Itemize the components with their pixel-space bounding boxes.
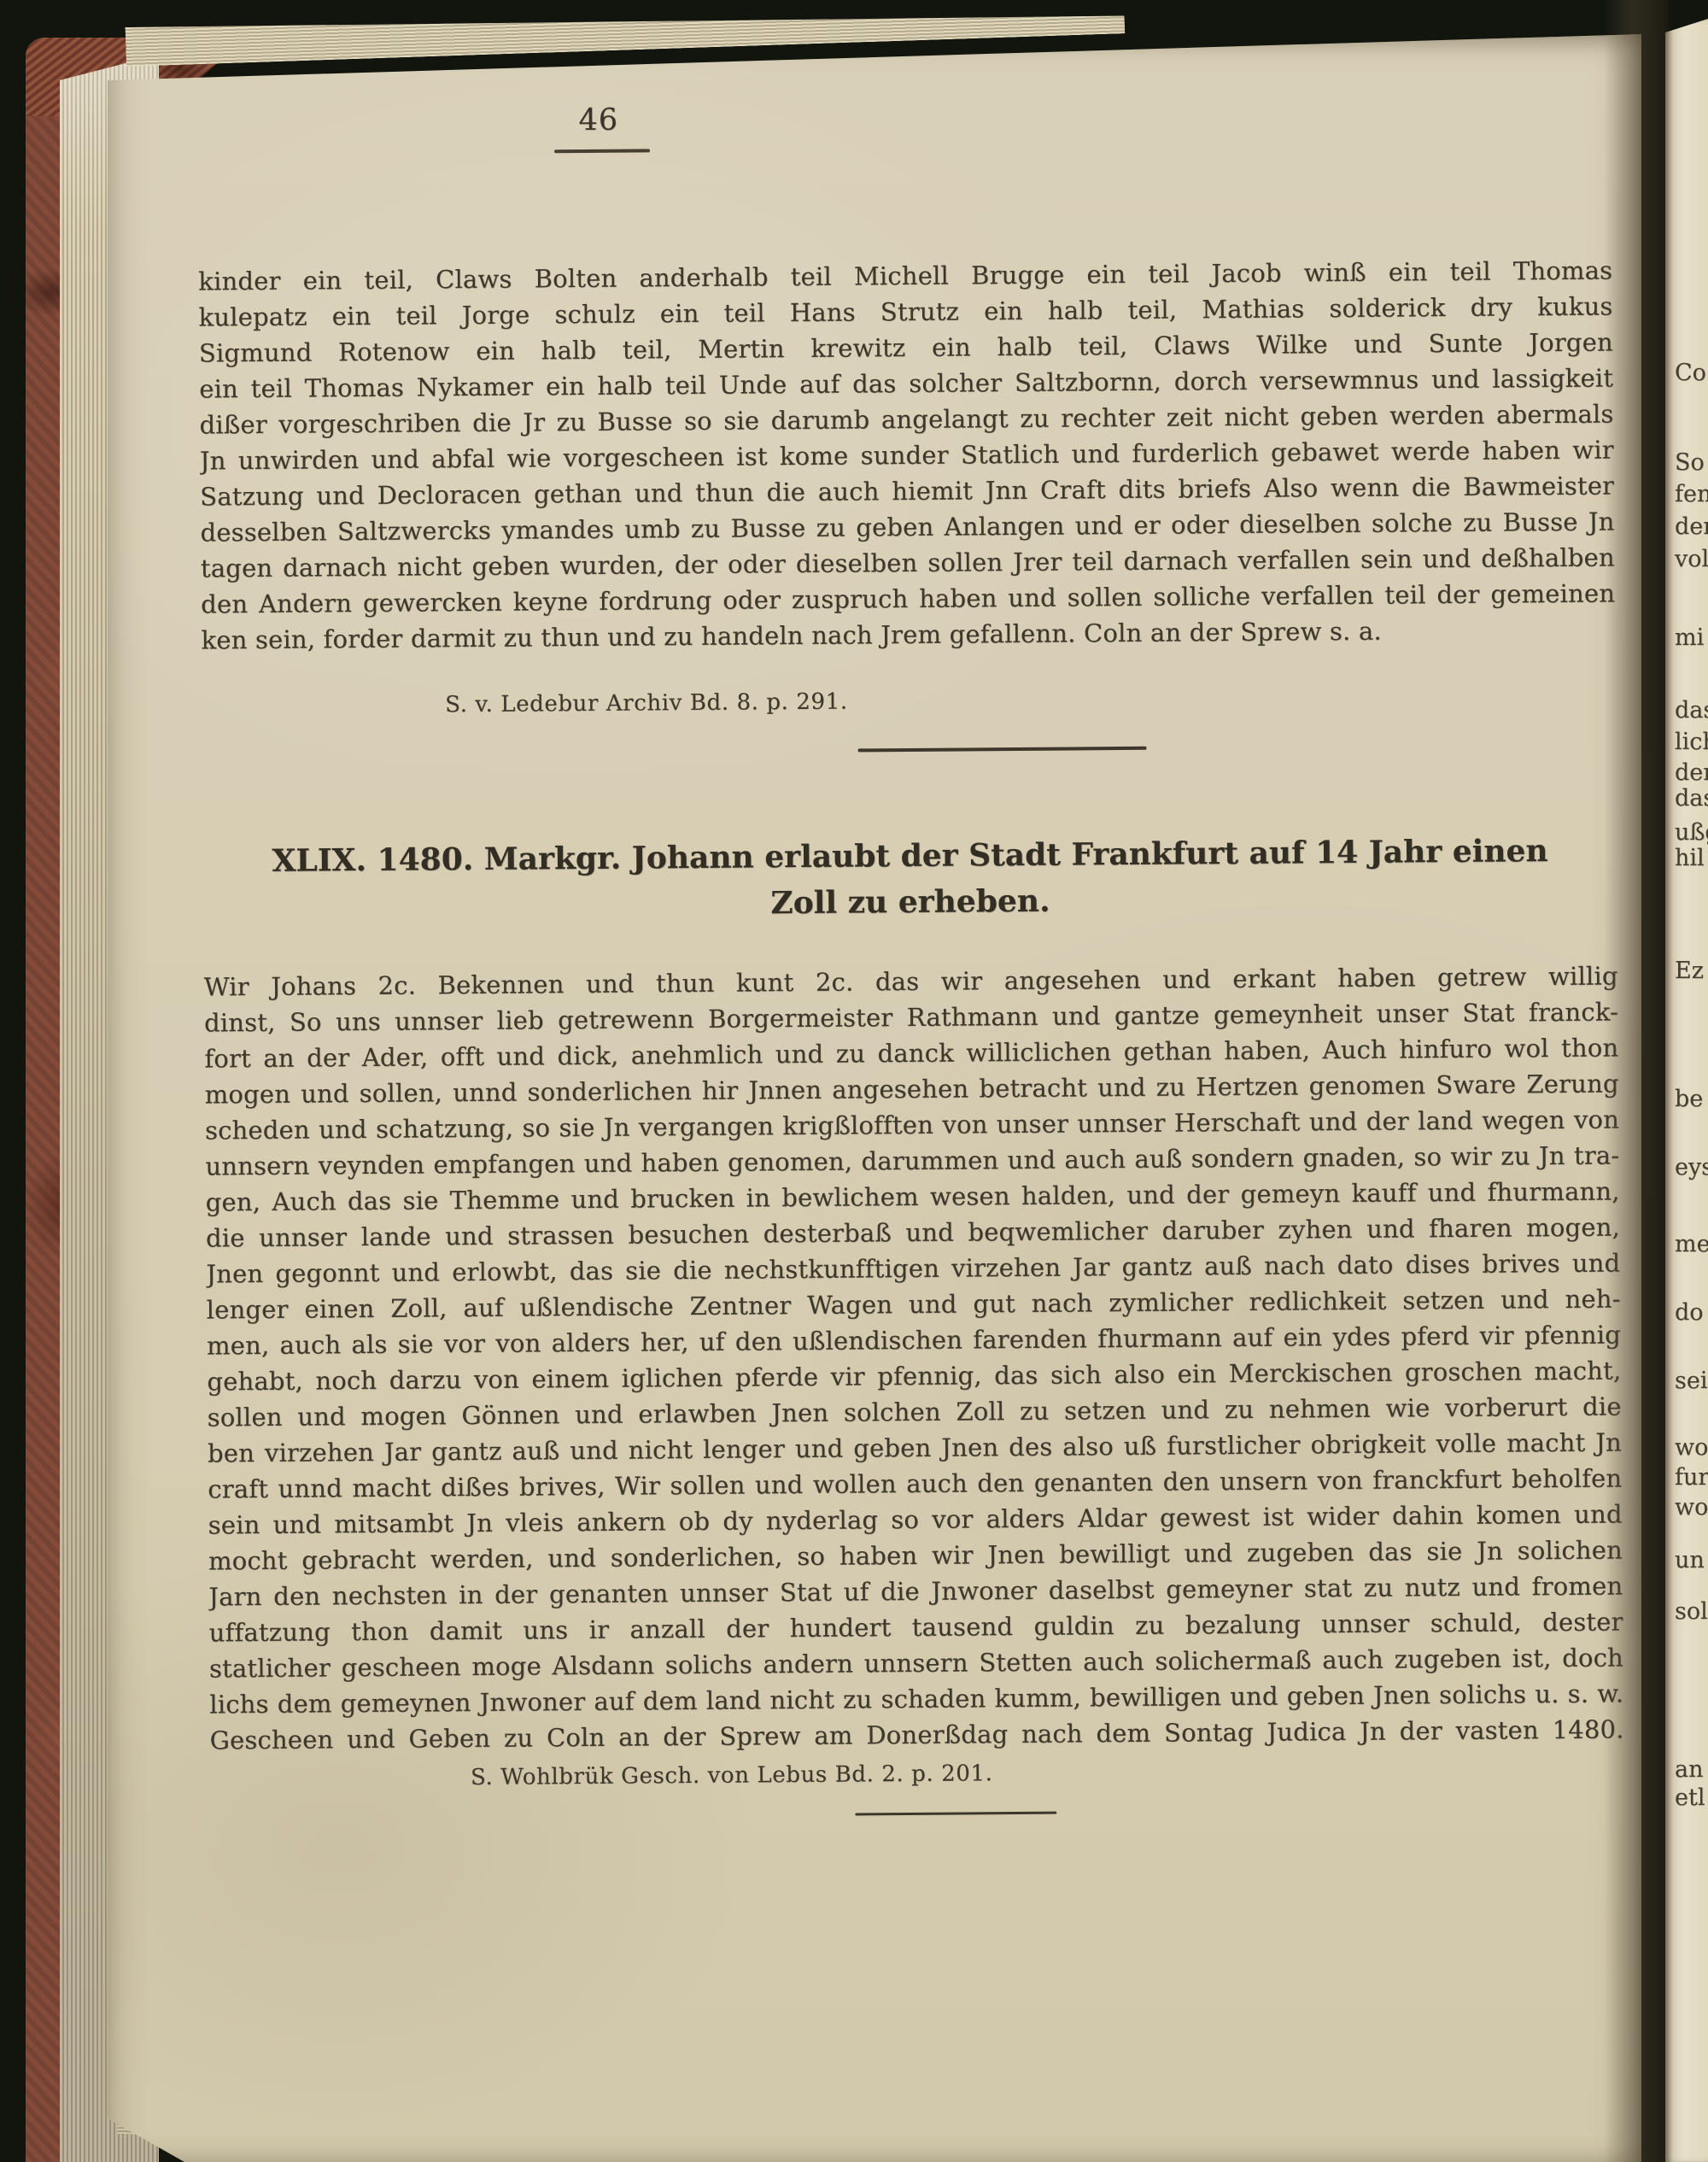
next-page-edge: Co So fen der vol mi das lich den das uß… xyxy=(1665,19,1708,2162)
next-page-text-fragment: das xyxy=(1675,698,1708,724)
next-page-text-fragment: wo xyxy=(1675,1495,1708,1520)
next-page-text-fragment: So xyxy=(1675,450,1705,476)
paragraph-salt-works: kinder ein teil, Claws Bolten anderhalb … xyxy=(198,252,1616,658)
next-page-text-fragment: Co xyxy=(1675,360,1706,386)
next-page-text-fragment: der xyxy=(1675,514,1708,540)
source-citation-wohlbrueck: S. Wohlbrük Gesch. von Lebus Bd. 2. p. 2… xyxy=(471,1761,993,1790)
book-scan: 46 kinder ein teil, Claws Bolten anderha… xyxy=(0,0,1708,2162)
next-page-text-fragment: wo xyxy=(1675,1435,1708,1461)
next-page-text-fragment: etl xyxy=(1675,1785,1705,1811)
next-page-text-fragment: an xyxy=(1675,1757,1704,1783)
next-page-text-fragment: do xyxy=(1675,1300,1704,1326)
source-citation-ledebur: S. v. Ledebur Archiv Bd. 8. p. 291. xyxy=(445,689,848,718)
next-page-text-fragment: un xyxy=(1675,1548,1705,1573)
section-divider-rule xyxy=(858,747,1147,753)
next-page-text-fragment: vol xyxy=(1675,547,1708,572)
next-page-text-fragment: Ez xyxy=(1675,958,1704,984)
page-content: 46 kinder ein teil, Claws Bolten anderha… xyxy=(196,28,1628,2162)
document-heading: XLIX. 1480. Markgr. Johann erlaubt der S… xyxy=(202,827,1617,930)
next-page-text-fragment: mi xyxy=(1675,625,1704,651)
section-divider-rule-bottom xyxy=(855,1812,1056,1816)
book-page: 46 kinder ein teil, Claws Bolten anderha… xyxy=(108,34,1641,2162)
next-page-text-fragment: ußg xyxy=(1675,820,1708,846)
next-page-text-fragment: eys xyxy=(1675,1155,1708,1181)
book-gutter-shadow xyxy=(1604,0,1669,2162)
next-page-text-fragment: fur xyxy=(1675,1465,1708,1491)
next-page-text-fragment: lich xyxy=(1675,729,1708,755)
page-number: 46 xyxy=(564,103,633,138)
next-page-text-fragment: sol xyxy=(1675,1599,1708,1625)
next-page-text-fragment: den xyxy=(1675,760,1708,786)
next-page-text-fragment: hil xyxy=(1675,846,1705,871)
next-page-text-fragment: be xyxy=(1675,1087,1703,1112)
paragraph-toll-privilege: Wir Johans 2c. Bekennen und thun kunt 2c… xyxy=(204,958,1624,1758)
page-number-rule xyxy=(554,149,650,153)
next-page-text-fragment: me xyxy=(1675,1232,1708,1257)
next-page-text-fragment: fen xyxy=(1675,482,1708,507)
next-page-text-fragment: das xyxy=(1675,786,1708,811)
next-page-text-fragment: sein xyxy=(1675,1368,1708,1394)
